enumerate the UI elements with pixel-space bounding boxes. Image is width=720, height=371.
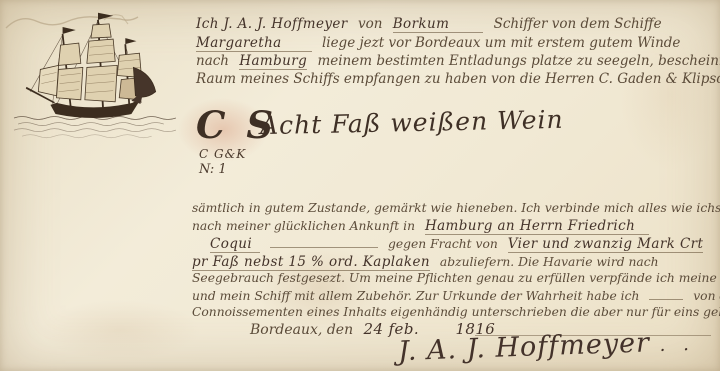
body-line-5: Seegebrauch festgesezt. Um meine Pflicht…	[192, 271, 720, 285]
ship-engraving	[12, 6, 184, 144]
signature-flourish: . .	[659, 334, 695, 356]
body-line-6: und mein Schiff mit allem Zubehör. Zur U…	[192, 288, 720, 303]
header-line-1: Ich J. A. J. Hoffmeyer von Borkum Schiff…	[196, 16, 668, 33]
header-line-3: nach Hamburg meinem bestimten Entladungs…	[196, 53, 720, 70]
consignee-city-name: Hamburg an Herrn Friedrich	[425, 218, 649, 235]
captain-name: Ich J. A. J. Hoffmeyer	[196, 16, 348, 32]
ruled-blank	[270, 236, 378, 248]
body-line-4: pr Faß nebst 15 % ord. Kaplaken abzulief…	[192, 254, 665, 271]
cargo-mark-sub: C G&K	[199, 147, 246, 161]
paper-stain	[40, 300, 200, 360]
destination-port: Hamburg	[239, 53, 307, 70]
home-port: Borkum	[393, 16, 484, 33]
ship-name: Margaretha	[196, 35, 312, 52]
cargo-description: Acht Faß weißen Wein	[260, 105, 564, 140]
body-line-3: Coqui gegen Fracht von Vier und zwanzig …	[192, 236, 709, 253]
header-line-4: Raum meines Schiffs empfangen zu haben v…	[196, 71, 720, 87]
header-line-2: Margaretha liege jezt vor Bordeaux um mi…	[196, 35, 686, 52]
shipper-names: Raum meines Schiffs empfangen zu haben v…	[196, 71, 720, 87]
ruled-blank	[649, 288, 683, 300]
consignee-surname: Coqui	[210, 236, 260, 253]
place-label: Bordeaux, den	[250, 322, 353, 338]
cargo-number: N: 1	[199, 162, 227, 177]
body-line-2: nach meiner glücklichen Ankunft in Hambu…	[192, 218, 655, 235]
document-page: Ich J. A. J. Hoffmeyer von Borkum Schiff…	[0, 0, 720, 371]
freight-terms: pr Faß nebst 15 % ord. Kaplaken	[192, 254, 430, 271]
body-line-7: Connoissementen eines Inhalts eigenhändi…	[192, 305, 720, 319]
freight-amount: Vier und zwanzig Mark Crt	[508, 236, 704, 253]
body-line-1: sämtlich in gutem Zustande, gemärkt wie …	[192, 201, 720, 215]
